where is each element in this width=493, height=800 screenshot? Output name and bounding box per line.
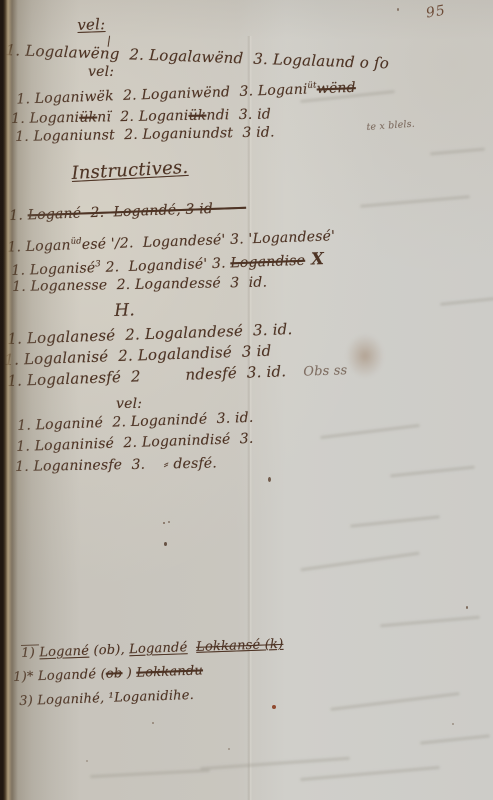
handwritten-line: 1)* Logandé (ob ) Lokkandu	[13, 663, 203, 685]
text-segment: 1)	[21, 644, 40, 661]
handwritten-line: H.	[114, 300, 135, 321]
handwritten-line: te x blels.	[366, 117, 415, 133]
text-segment: üd	[70, 235, 81, 245]
text-segment: 1. Logan	[7, 237, 71, 255]
text-segment: üt	[307, 80, 317, 90]
text-segment: te x blels.	[366, 119, 415, 133]
text-segment: 1. Loganiné 2. Loganindé 3. id.	[17, 410, 254, 434]
text-segment: Logandé	[129, 640, 188, 657]
text-segment: 1. Loganesse 2. Logandessé 3 id.	[12, 275, 267, 295]
handwritten-line: Instructives.	[71, 157, 189, 184]
text-segment: Logané 2. Logandé, 3 id ——	[27, 200, 246, 224]
text-segment: 1.	[9, 207, 28, 224]
text-segment: 1. Logalawëng 2. Logalawënd 3. Logalaund…	[5, 41, 389, 72]
text-segment: ük	[188, 108, 206, 124]
handwritten-line: 1. Loganiunst 2. Loganiundst 3 id.	[15, 124, 275, 145]
handwritten-line: 1. Loganinesfe 3. ⸗ desfé.	[15, 455, 217, 476]
manuscript-photo: vel:|1. Logalawëng 2. Logalawënd 3. Loga…	[0, 0, 493, 800]
text-segment: Logané	[39, 644, 89, 661]
handwritten-line: 1. Loganiüknï 2. Loganiükndi 3. id	[11, 106, 271, 127]
text-segment: 1. Loganiwëk 2. Loganiwënd 3. Logani	[16, 81, 308, 107]
text-segment: Logandise	[230, 253, 305, 272]
handwritten-line: 1) Logané (ob), Logandé Lokkansé (k)	[21, 637, 284, 661]
handwritten-line: 1. Loganiwëk 2. Loganiwënd 3. Loganiütwë…	[16, 78, 356, 107]
handwritten-line: 1. Loganinisé 2. Loganindisé 3.	[16, 431, 254, 455]
text-segment: 2. Logandisé' 3.	[101, 255, 231, 276]
handwritten-line: 1. Logané 2. Logandé, 3 id ——	[9, 200, 246, 224]
text-segment: 1. Loganinisé 2. Loganindisé 3.	[16, 431, 254, 455]
handwritten-line: 1. Loganiné 2. Loganindé 3. id.	[17, 410, 254, 434]
text-segment: X	[305, 248, 325, 269]
text-segment: ük	[79, 109, 97, 125]
handwritten-line: vel:	[116, 396, 142, 412]
text-segment: vel:	[77, 15, 106, 34]
handwritten-line: vel:	[88, 64, 114, 80]
text-segment: vel:	[116, 396, 142, 412]
page-number: 95	[425, 2, 447, 21]
text-segment: wënd	[316, 80, 356, 97]
lines-layer: vel:|1. Logalawëng 2. Logalawënd 3. Loga…	[0, 0, 493, 800]
text-segment: H.	[114, 300, 135, 321]
text-segment: ndi 3. id	[206, 106, 271, 123]
text-segment: )	[122, 666, 136, 681]
text-segment: 3) Loganihé, ¹Loganidihe.	[19, 688, 194, 709]
text-segment: (ob),	[89, 642, 130, 658]
text-segment: Lokkandu	[136, 663, 203, 680]
text-segment: Obs ss	[286, 363, 348, 380]
handwritten-line: vel:	[77, 15, 106, 34]
text-segment: Instructives.	[71, 157, 189, 184]
text-segment: ob	[106, 666, 123, 682]
text-segment: vel:	[88, 64, 114, 80]
text-segment: 1. Logani	[11, 110, 79, 127]
text-segment: 1. Loganiunst 2. Loganiundst 3 id.	[15, 124, 275, 145]
handwritten-line: 1. Loganesse 2. Logandessé 3 id.	[12, 275, 267, 295]
text-segment: 1)* Logandé (	[13, 667, 106, 685]
handwritten-line: 3) Loganihé, ¹Loganidihe.	[19, 688, 194, 709]
text-segment: 1. Loganisé	[11, 260, 96, 279]
text-segment: 1. Loganinesfe 3. ⸗ desfé.	[15, 455, 217, 475]
text-segment: Lokkansé (k)	[196, 637, 284, 655]
handwritten-line: 1. Logalawëng 2. Logalawënd 3. Logalaund…	[5, 41, 389, 72]
text-segment: nï 2. Logani	[97, 108, 189, 126]
